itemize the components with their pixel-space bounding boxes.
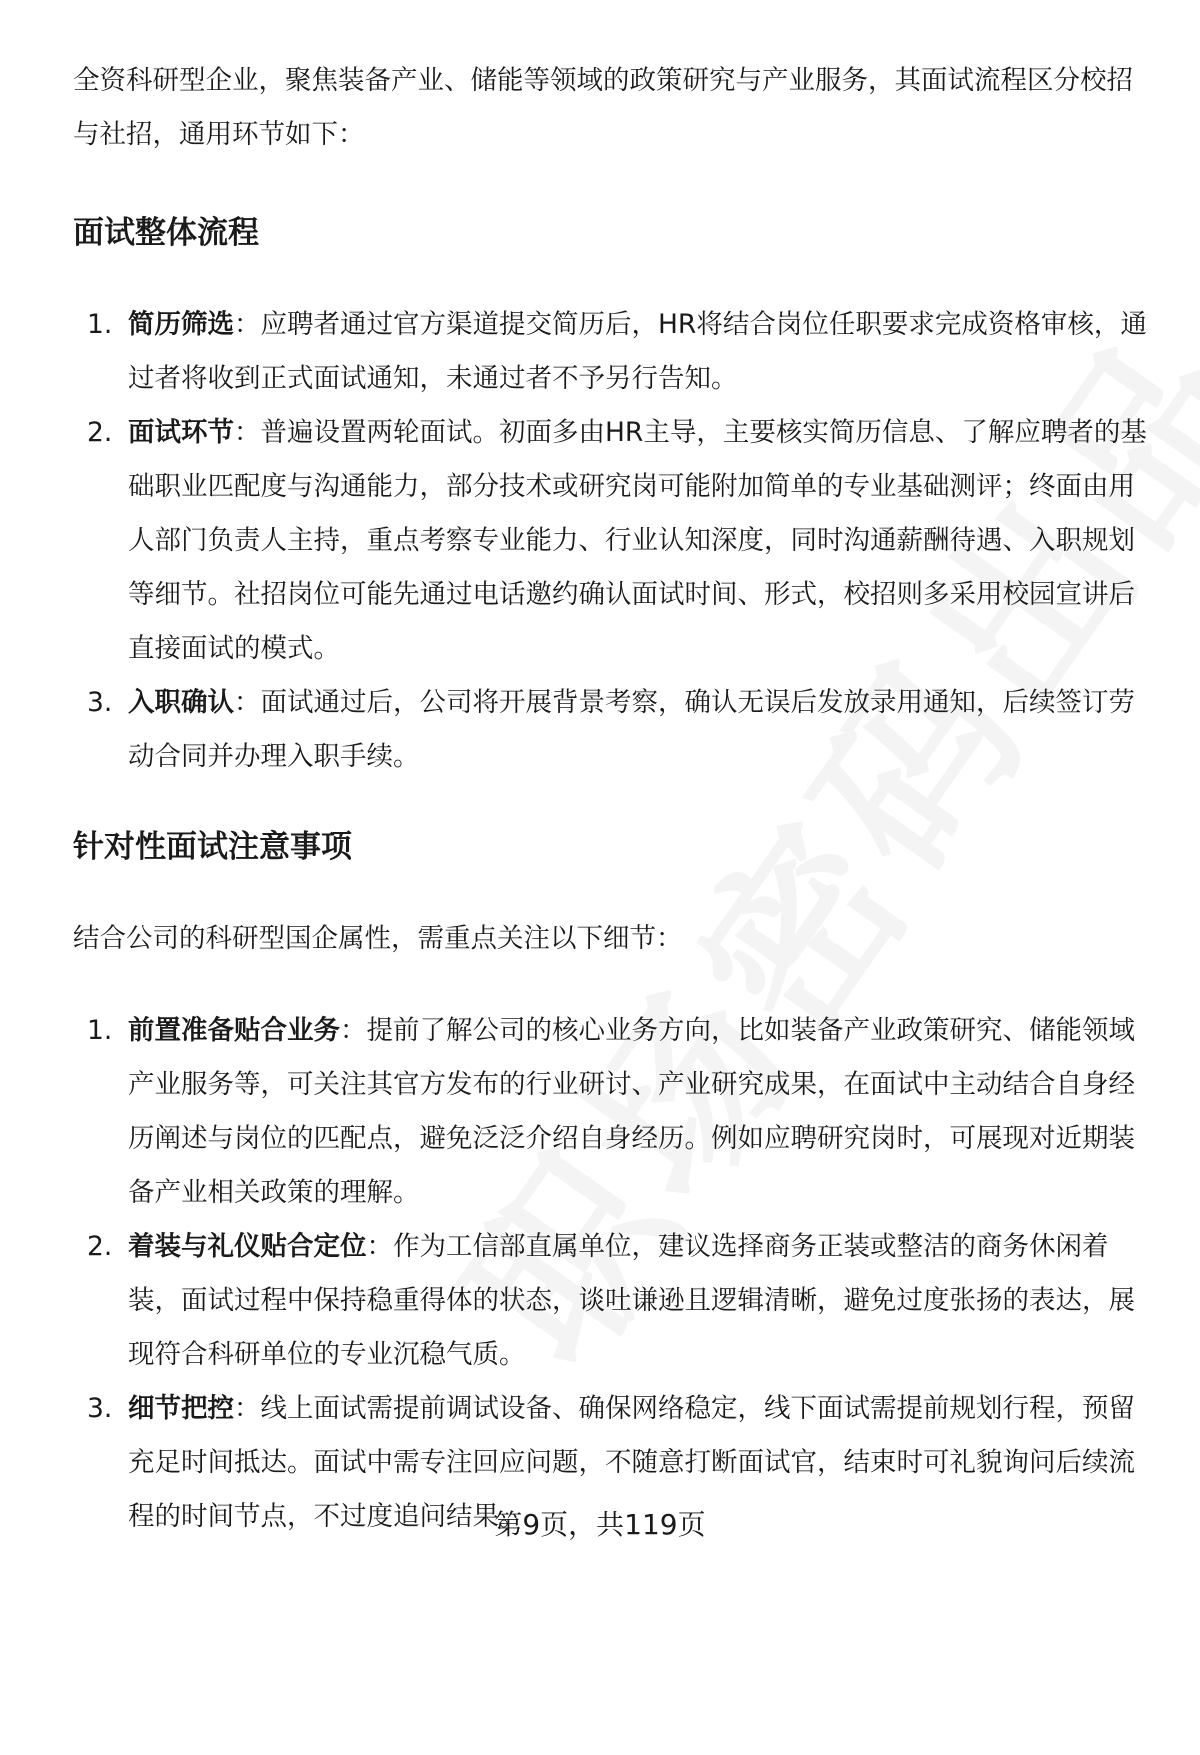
list-number: 2. [87, 1220, 112, 1274]
list-number: 2. [87, 406, 112, 460]
section-lead-paragraph: 结合公司的科研型国企属性，需重点关注以下细节： [73, 912, 1153, 966]
list-item: 1.前置准备贴合业务：提前了解公司的核心业务方向，比如装备产业政策研究、储能领域… [73, 1004, 1153, 1220]
list-number: 1. [87, 1004, 112, 1058]
list-item: 3.入职确认：面试通过后，公司将开展背景考察，确认无误后发放录用通知，后续签订劳… [73, 676, 1153, 784]
list-item-term: 入职确认 [128, 687, 234, 718]
list-item-term: 面试环节 [128, 417, 234, 448]
list-item-text: ：应聘者通过官方渠道提交简历后，HR将结合岗位任职要求完成资格审核，通过者将收到… [128, 309, 1147, 394]
list-item-term: 前置准备贴合业务 [128, 1015, 340, 1046]
document-page: 职场密码出品 全资科研型企业，聚焦装备产业、储能等领域的政策研究与产业服务，其面… [0, 0, 1200, 1755]
list-item: 1.简历筛选：应聘者通过官方渠道提交简历后，HR将结合岗位任职要求完成资格审核，… [73, 298, 1153, 406]
list-item-text: ：面试通过后，公司将开展背景考察，确认无误后发放录用通知，后续签订劳动合同并办理… [128, 687, 1135, 772]
list-item-text: ：普遍设置两轮面试。初面多由HR主导，主要核实简历信息、了解应聘者的基础职业匹配… [128, 417, 1147, 664]
list-item-term: 细节把控 [128, 1393, 234, 1424]
page-number-footer: 第9页，共119页 [0, 1505, 1200, 1545]
intro-paragraph: 全资科研型企业，聚焦装备产业、储能等领域的政策研究与产业服务，其面试流程区分校招… [73, 54, 1153, 162]
section-heading-interview-process: 面试整体流程 [73, 206, 1153, 260]
list-item-term: 着装与礼仪贴合定位 [128, 1231, 367, 1262]
list-item-term: 简历筛选 [128, 309, 234, 340]
list-item: 2.着装与礼仪贴合定位：作为工信部直属单位，建议选择商务正装或整洁的商务休闲着装… [73, 1220, 1153, 1382]
page-content: 全资科研型企业，聚焦装备产业、储能等领域的政策研究与产业服务，其面试流程区分校招… [73, 54, 1153, 1544]
section-heading-interview-tips: 针对性面试注意事项 [73, 820, 1153, 874]
interview-tips-list: 1.前置准备贴合业务：提前了解公司的核心业务方向，比如装备产业政策研究、储能领域… [73, 1004, 1153, 1544]
list-item: 2.面试环节：普遍设置两轮面试。初面多由HR主导，主要核实简历信息、了解应聘者的… [73, 406, 1153, 676]
list-number: 3. [87, 1382, 112, 1436]
interview-process-list: 1.简历筛选：应聘者通过官方渠道提交简历后，HR将结合岗位任职要求完成资格审核，… [73, 298, 1153, 784]
list-number: 1. [87, 298, 112, 352]
list-number: 3. [87, 676, 112, 730]
